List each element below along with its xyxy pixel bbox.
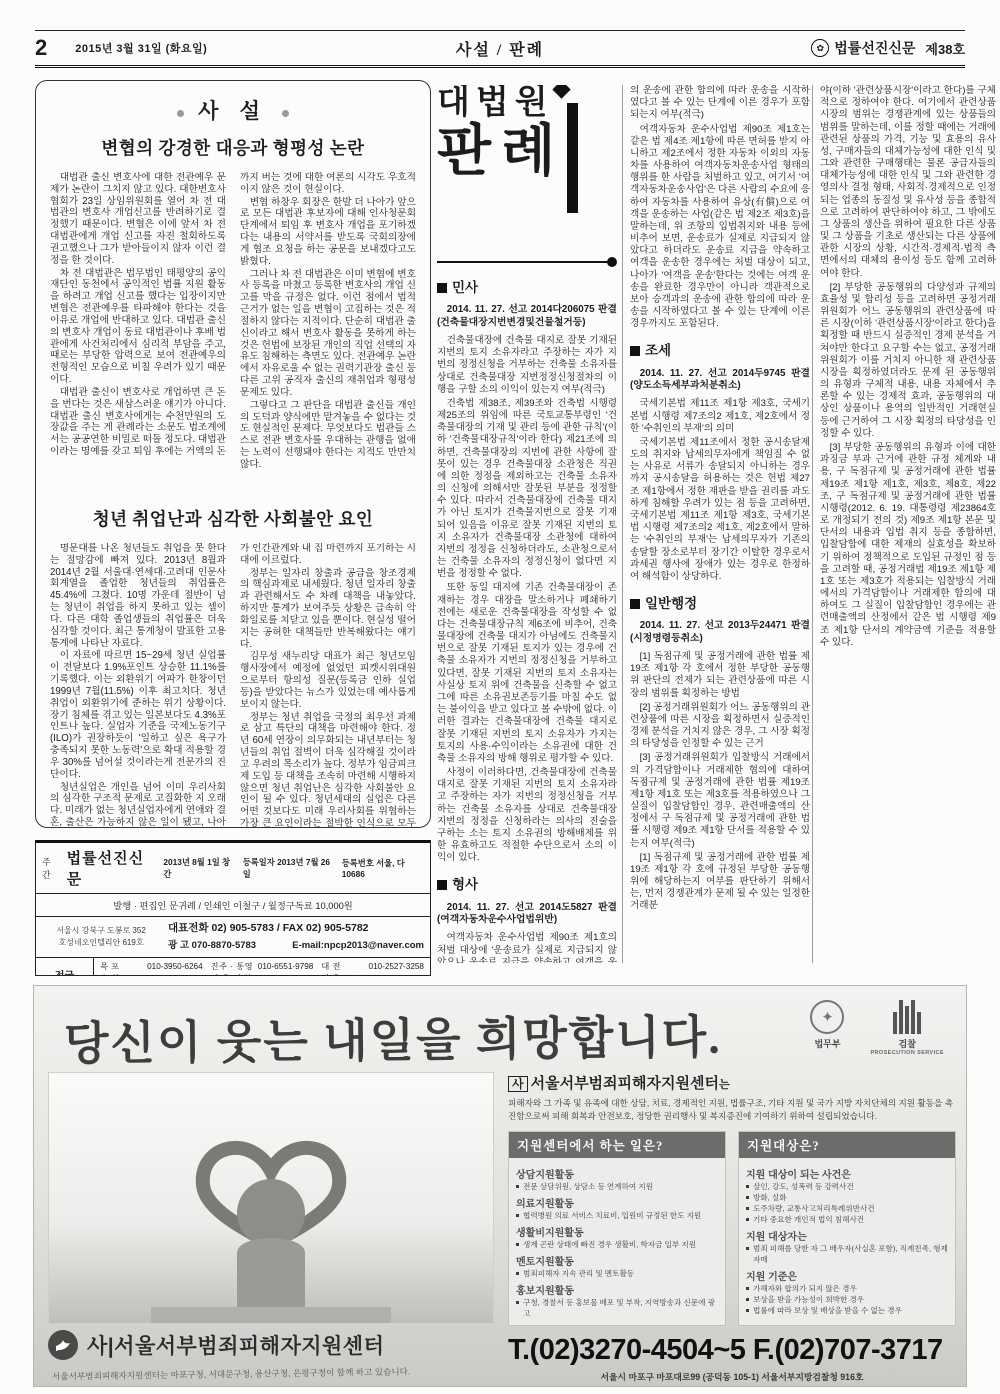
publisher-row-staff: 발행 · 편집인 문귀례 / 인쇄인 이철구 / 월정구독료 10,000원 <box>36 894 430 917</box>
panel-services: 지원센터에서 하는 일은? 상담지원활동 전문 상담위원, 상담소 등 연계하여… <box>508 1131 726 1326</box>
rule-dot-icon <box>607 257 617 267</box>
case-paragraph: [2] 공정거래위원회가 어느 공동행위의 관련상품에 따른 시장을 획정하면서… <box>630 702 810 751</box>
case-paragraph: 국세기본법 제11조 제1항 제3호, 국세기본법 시행령 제7조의2 제1호,… <box>630 398 810 435</box>
ministry-label: 법무부 <box>810 1037 844 1050</box>
logo-rule <box>437 257 617 267</box>
bureau-phone: 010-2269-7763 <box>258 973 314 976</box>
publisher-phones: 대표전화 02) 905-5783 / FAX 02) 905-5782 광 고… <box>168 920 424 954</box>
column-divider <box>812 85 813 963</box>
case-paragraph: [1] 독점규제 및 공정거래에 관한 법률 제19조 제1항 각 호에 규정된… <box>630 852 810 913</box>
section-square-icon <box>630 346 640 356</box>
eligibility-item: 도주차량, 교통사고처리특례위반사건 <box>746 1203 948 1214</box>
eligibility-item: 가해자와 합의가 되지 않은 경우 <box>746 1283 948 1294</box>
editorial-article-1: 대법관 출신 변호사에 대한 전관예우 문제가 논란이 그치지 않고 있다. 대… <box>50 172 416 490</box>
bureau-grid: 목 포 010-3950-6264 진주 · 통영 010-6551-9798 … <box>94 958 430 976</box>
case-paragraph: [2] 부당한 공동행위의 다양성과 규제의 효율성 및 합리성 등을 고려하면… <box>820 282 996 440</box>
editorial-paragraph: 차 전 대법관은 법무법인 태평양의 공익재단인 동천에서 공익적인 법률 지원… <box>50 268 226 386</box>
ad-body: 사서울서부범죄피해자지원센터는 피해자와 그 가족 및 유족에 대한 상담, 치… <box>508 1072 956 1383</box>
case-paragraph: [3] 공정거래위원회가 입찰방식 거래에서의 가격담합이나 거래제한 협의에 … <box>630 752 810 849</box>
center-description: 피해자와 그 가족 및 유족에 대한 상담, 치료, 경제적인 지원, 법률구조… <box>508 1097 956 1123</box>
service-item: 전문 상담위원, 상담소 등 연계하여 지원 <box>516 1181 718 1192</box>
prosecution-bars-icon <box>870 1000 944 1034</box>
logo-bar-icon <box>567 103 578 213</box>
registration-number: 등록번호 서울, 다10686 <box>342 857 424 879</box>
case-paragraph: 여객자동차 운수사업법 제90조 제1호는 같은 법 제4조 제1항에 따른 면… <box>630 124 810 331</box>
case-paragraph: 사정이 이러하다면, 건축물대장에 건축물 대지로 잘못 기재된 지번의 토지 … <box>437 767 617 864</box>
bureau-cell: 진주 · 통영 010-6551-9798 <box>209 961 316 973</box>
judgment-column-3: 야(이하 '관련상품시장'이라고 한다)를 구체적으로 정하여야 한다. 여기에… <box>820 85 996 963</box>
eligibility-item: 범죄 피해를 당한 자 그 배우자(사실혼 포함), 직계친족, 형제자매 <box>746 1243 948 1265</box>
service-group-title: 멘토지원활동 <box>516 1253 718 1268</box>
publisher-row-contact: 서울시 강북구 도봉로 352 호성네오인텔리안 619호 대표전화 02) 9… <box>36 917 430 958</box>
bureau-name: 목 포 <box>100 961 120 973</box>
bureau-phone: 010-5483-5284 <box>368 973 424 976</box>
case-paragraph: 건축법 제38조, 제39조와 건축법 시행령 제25조의 위임에 따른 국토교… <box>437 398 617 581</box>
case-title-criminal: 2014. 11. 27. 선고 2014도5827 판결 (여객자동차운수사업… <box>437 902 617 927</box>
eligibility-group-title: 지원 대상자는 <box>746 1228 948 1243</box>
section-square-icon <box>437 880 447 890</box>
ministry-of-justice-logo: ✦ 법무부 <box>810 1000 844 1050</box>
center-prefix: 사 <box>508 1076 528 1092</box>
masthead: 2 2015년 3월 31일 (화요일) 사설 / 판례 ✿ 법률선진신문 제3… <box>35 30 965 68</box>
panel-eligibility-title: 지원대상은? <box>739 1132 955 1158</box>
publisher-row-title: 주간 법률선진신문 2013년 8월 1일 창간 등록일자 2013년 7월 2… <box>36 843 430 894</box>
editorial-paragraph: 정부는 일자리 창출과 공급을 창조경제의 핵심과제로 내세웠다. 청년 일자리… <box>240 568 416 651</box>
center-suffix: 는 <box>719 1079 730 1091</box>
prosecution-logo: 검찰 PROSECUTION SERVICE <box>870 1000 944 1056</box>
case-paragraph: [3] 부당한 공동행위의 유형과 이에 대한 과징금 부과 근거에 관한 규정… <box>820 442 996 649</box>
service-group-title: 상담지원활동 <box>516 1166 718 1181</box>
panel-eligibility: 지원대상은? 지원 대상이 되는 사건은 살인, 강도, 성폭력 등 강력사건방… <box>738 1131 956 1326</box>
bureau-phone: 010-3950-6264 <box>147 961 203 973</box>
supreme-court-cases-logo: 대법원 판례 <box>437 85 617 253</box>
bureau-table: 전국취재본부 목 포 010-3950-6264 진주 · 통영 010-655… <box>36 958 430 976</box>
badge-dot-icon <box>282 110 289 117</box>
badge-dot-icon <box>177 110 184 117</box>
case-paragraph: 의 운송에 관한 합의에 따라 운송을 시작하였다고 볼 수 있는 단계에 이른… <box>630 85 810 122</box>
service-item: 생계 곤란 상태에 빠진 경우 생활비, 학자금 일부 지원 <box>516 1239 718 1250</box>
service-item: 구청, 경찰서 등 홍보물 배포 및 부착, 지역방송과 신문에 광고 <box>516 1297 718 1319</box>
main-phone: 대표전화 02) 905-5783 / FAX 02) 905-5782 <box>168 920 424 938</box>
editorial-headline-2: 청년 취업난과 심각한 사회불안 요인 <box>50 506 416 531</box>
case-paragraph: [1] 독점규제 및 공정거래에 관한 법률 제19조 제1항 각 호에서 정한… <box>630 651 810 700</box>
bureau-phone: 010-6551-9798 <box>258 961 314 973</box>
logo-line-2: 판례 <box>437 123 617 179</box>
case-paragraph: 또한 동일 대지에 기존 건축물대장이 존재하는 경우 대장을 말소하거나 폐쇄… <box>437 582 617 765</box>
judgment-column-2: 의 운송에 관한 합의에 따라 운송을 시작하였다고 볼 수 있는 단계에 이른… <box>630 85 810 963</box>
section-header-civil: 민사 <box>437 279 617 296</box>
ad-address: 서울시 마포구 마포대로99 (공덕동 105-1) 서울서부지방검찰청 916… <box>508 1370 956 1383</box>
bureau-cell: 서 울 서 부 010-2269-7763 <box>209 973 316 976</box>
weekly-label: 주간 <box>42 855 59 881</box>
bureau-name: 진주 · 통영 <box>211 961 253 973</box>
editorial-article-2: 명문대를 나온 청년들도 취업을 못 한다는 절망감에 빠져 있다. 2013년… <box>50 543 416 828</box>
editorial-badge: 사 설 <box>50 95 416 125</box>
child-photo <box>48 1072 494 1324</box>
editorial-paragraph: 그렇다고 그 판단을 대법관 출신들 개인의 도덕과 양식에만 맡겨놓을 수 없… <box>240 400 416 471</box>
service-group-title: 의료지원활동 <box>516 1195 718 1210</box>
logo-line-1: 대법원 <box>437 85 617 119</box>
publisher-paper-name: 법률선진신문 <box>67 847 156 889</box>
eligibility-item: 살인, 강도, 성폭력 등 강력사건 <box>746 1181 948 1192</box>
dove-icon <box>48 1330 78 1360</box>
bureau-cell: 대 전 010-2527-3258 <box>319 961 426 973</box>
editorial-paragraph: 명문대를 나온 청년들도 취업을 못 한다는 절망감에 빠져 있다. 2013년… <box>50 543 226 649</box>
section-header-admin: 일반행정 <box>630 595 810 612</box>
bureau-name: 수 원 <box>100 973 120 976</box>
advertisement: 당신이 웃는 내일을 희망합니다. ✦ 법무부 검찰 PROSECUTION S… <box>33 985 967 1387</box>
center-name: 서울서부범죄피해자지원센터 <box>531 1075 719 1092</box>
editorial-box: 사 설 변협의 강경한 대응과 형평성 논란 대법관 출신 변호사에 대한 전관… <box>35 80 431 828</box>
prosecution-subtitle: PROSECUTION SERVICE <box>870 1050 944 1056</box>
eligibility-item: 방화, 실화 <box>746 1192 948 1203</box>
editorial-paragraph: 정부는 청년 취업을 국정의 최우선 과제로 삼고 특단의 대책을 마련해야 한… <box>240 712 416 828</box>
child-silhouette-graphic <box>151 1093 391 1323</box>
publisher-address: 서울시 강북구 도봉로 352 호성네오인텔리안 619호 <box>42 925 160 949</box>
case-title-admin: 2014. 11. 27. 선고 2013두24471 판결 (시정명령등취소) <box>630 620 810 645</box>
section-header-tax: 조세 <box>630 342 810 359</box>
eligibility-item: 보상을 받을 가능성이 희박한 경우 <box>746 1294 948 1305</box>
eligibility-item: 법률에 따라 보상 및 배상을 받을 수 없는 경우 <box>746 1305 948 1316</box>
case-paragraph: 건축물대장에 건축물 대지로 잘못 기재된 지번의 토지 소유자라고 주장하는 … <box>437 335 617 396</box>
case-title-tax: 2014. 11. 27. 선고 2014두9745 판결 (양도소득세부과처분… <box>630 368 810 393</box>
ad-headline: 당신이 웃는 내일을 희망합니다. <box>64 1001 722 1074</box>
case-paragraph: 야(이하 '관련상품시장'이라고 한다)를 구체적으로 정하여야 한다. 여기에… <box>820 85 996 280</box>
ad-phone-numbers: T.(02)3270-4504~5 F.(02)707-3717 <box>508 1334 956 1367</box>
case-title-civil: 2014. 11. 27. 선고 2014다206075 판결 (건축물대장지번… <box>437 304 617 329</box>
ad-bottom-brand: 사|서울서부범죄피해자지원센터 <box>48 1330 384 1360</box>
bureau-name: 서 울 구 로 <box>321 973 363 976</box>
eligibility-group-title: 지원 기준은 <box>746 1268 948 1283</box>
registration-date: 등록일자 2013년 7월 26일 <box>243 856 334 880</box>
eligibility-item: 기타 중요한 개인적 법익 침해사건 <box>746 1214 948 1225</box>
ad-footer-note: 서울서부범죄피해자지원센터는 마포구청, 서대문구청, 용산구청, 은평구청이 … <box>52 1365 410 1382</box>
service-item: 범죄피해자 지속 관리 및 멘토활동 <box>516 1268 718 1279</box>
founded-date: 2013년 8월 1일 창간 <box>163 856 234 880</box>
ad-panels: 지원센터에서 하는 일은? 상담지원활동 전문 상담위원, 상담소 등 연계하여… <box>508 1131 956 1326</box>
editorial-paragraph: 그러나 차 전 대법관은 이미 변협에 변호사 등록을 마쳤고 등록한 변호사의… <box>240 269 416 399</box>
bureau-cell: 목 포 010-3950-6264 <box>98 961 205 973</box>
ministry-emblem-icon: ✦ <box>810 1000 844 1034</box>
section-square-icon <box>630 599 640 609</box>
case-paragraph: 여객자동차 운수사업법 제90조 제1호의 처벌 대상에 '운송료가 실제로 지… <box>437 932 617 963</box>
section-title: 사설 / 판례 <box>35 37 965 60</box>
newspaper-page: 2 2015년 3월 31일 (화요일) 사설 / 판례 ✿ 법률선진신문 제3… <box>0 0 1000 1394</box>
case-paragraph: 국세기본법 제11조에서 정한 공시송달제도의 취지와 납세의무자에게 책임질 … <box>630 437 810 583</box>
editorial-paragraph: 김무성 새누리당 대표가 최근 청년모임 행사장에서 예정에 없었던 피켓시위대… <box>240 651 416 710</box>
section-square-icon <box>437 283 447 293</box>
service-group-title: 홍보지원활동 <box>516 1282 718 1297</box>
eligibility-group-title: 지원 대상이 되는 사건은 <box>746 1166 948 1181</box>
bureau-phone: 010-2527-3258 <box>368 961 424 973</box>
editorial-paragraph: 대법관 출신 변호사에 대한 전관예우 문제가 논란이 그치지 않고 있다. 대… <box>50 172 226 267</box>
bureau-name: 서 울 서 부 <box>211 973 253 976</box>
bureau-cell: 수 원 010-7370-2759 <box>98 973 205 976</box>
section-header-criminal: 형사 <box>437 876 617 893</box>
email: E-mail:npcp2013@naver.com <box>292 938 424 954</box>
prosecution-label: 검찰 <box>870 1037 944 1050</box>
address-line-2: 호성네오인텔리안 619호 <box>42 937 160 949</box>
ad-phone: 광 고 070-8870-5783 <box>168 938 256 954</box>
center-name-heading: 사서울서부범죄피해자지원센터는 <box>508 1072 956 1093</box>
service-group-title: 생활비지원활동 <box>516 1224 718 1239</box>
bureau-phone: 010-7370-2759 <box>147 973 203 976</box>
column-divider <box>622 85 623 963</box>
publisher-info-box: 주간 법률선진신문 2013년 8월 1일 창간 등록일자 2013년 7월 2… <box>35 840 431 976</box>
bureau-cell: 서 울 구 로 010-5483-5284 <box>319 973 426 976</box>
editorial-badge-label: 사 설 <box>198 99 268 123</box>
address-line-1: 서울시 강북구 도봉로 352 <box>42 925 160 937</box>
judgment-column-1: 대법원 판례 민사 2014. 11. 27. 선고 2014다206075 판… <box>437 85 617 963</box>
ad-bottom-center-name: 사|서울서부범죄피해자지원센터 <box>87 1330 384 1360</box>
editorial-paragraph: 변협 하창우 회장은 한발 더 나아가 앞으로 모든 대법관 후보자에 대해 인… <box>240 197 416 268</box>
editorial-headline-1: 변협의 강경한 대응과 형평성 논란 <box>50 135 416 160</box>
ad-government-logos: ✦ 법무부 검찰 PROSECUTION SERVICE <box>810 1000 944 1056</box>
editorial-paragraph: 이 자료에 따르면 15~29세 청년 실업률이 전달보다 1.9%포인트 상승… <box>50 650 226 780</box>
service-item: 협력병원 의료 서비스 치료비, 입원비 규정된 한도 지원 <box>516 1210 718 1221</box>
bureau-label: 전국취재본부 <box>36 958 94 976</box>
panel-services-title: 지원센터에서 하는 일은? <box>509 1132 725 1158</box>
bureau-name: 대 전 <box>321 961 341 973</box>
